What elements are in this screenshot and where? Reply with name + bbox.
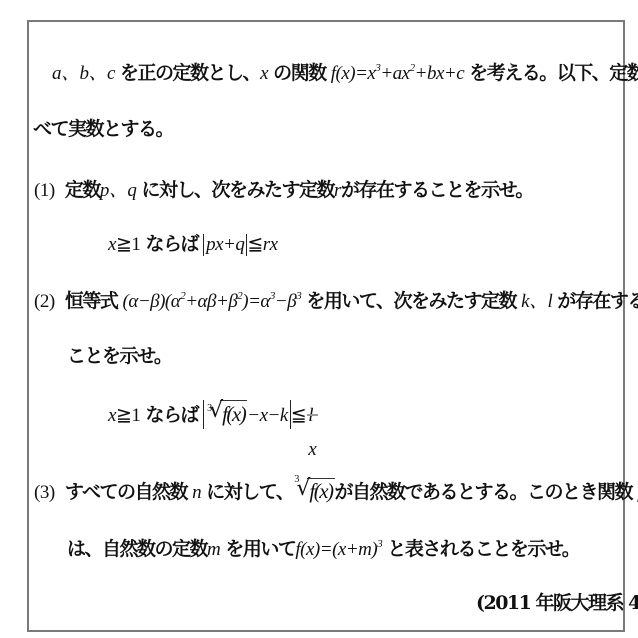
part3-statement: (3) すべての自然数 n に対して、3√f(x)が自然数であるとする。このとき… <box>34 477 638 504</box>
intro-vars: a、b、c <box>52 63 115 84</box>
part2-statement-cont: ことを示せ。 <box>67 341 171 368</box>
part2-label: (2) <box>34 291 55 312</box>
cube-root: 3√f(x) <box>206 400 247 428</box>
part1-label: (1) <box>34 180 55 201</box>
cube-root: 3√f(x) <box>293 478 334 504</box>
part3-statement-cont: は、自然数の定数m を用いてf(x)=(x+m)3 と表されることを示せ。 <box>67 534 579 561</box>
fraction-l-over-x: lx <box>306 386 320 446</box>
part1-condition: x≧1 ならば px+q≦rx <box>108 229 278 256</box>
absolute-value: px+q <box>203 234 247 256</box>
result-formula: f(x)=(x+m)3 <box>295 539 382 560</box>
identity-formula: (α−β)(α2+αβ+β2)=α3−β3 <box>123 291 302 312</box>
intro-line-2: べて実数とする。 <box>33 114 173 141</box>
part2-statement: (2) 恒等式 (α−β)(α2+αβ+β2)=α3−β3 を用いて、次をみたす… <box>34 286 638 313</box>
intro-line-1: a、b、c を正の定数とし、x の関数 f(x)=x3+ax2+bx+c を考え… <box>52 58 638 85</box>
part1-statement: (1) 定数p、q に対し、次をみたす定数rが存在することを示せ。 <box>34 175 533 202</box>
function-definition: f(x)=x3+ax2+bx+c <box>331 63 464 84</box>
part3-label: (3) <box>34 482 55 503</box>
part2-condition: x≧1 ならば 3√f(x)−x−k≦lx <box>108 385 320 446</box>
source-citation: (2011 年阪大理系 4) <box>476 588 638 615</box>
absolute-value: 3√f(x)−x−k <box>203 400 291 429</box>
